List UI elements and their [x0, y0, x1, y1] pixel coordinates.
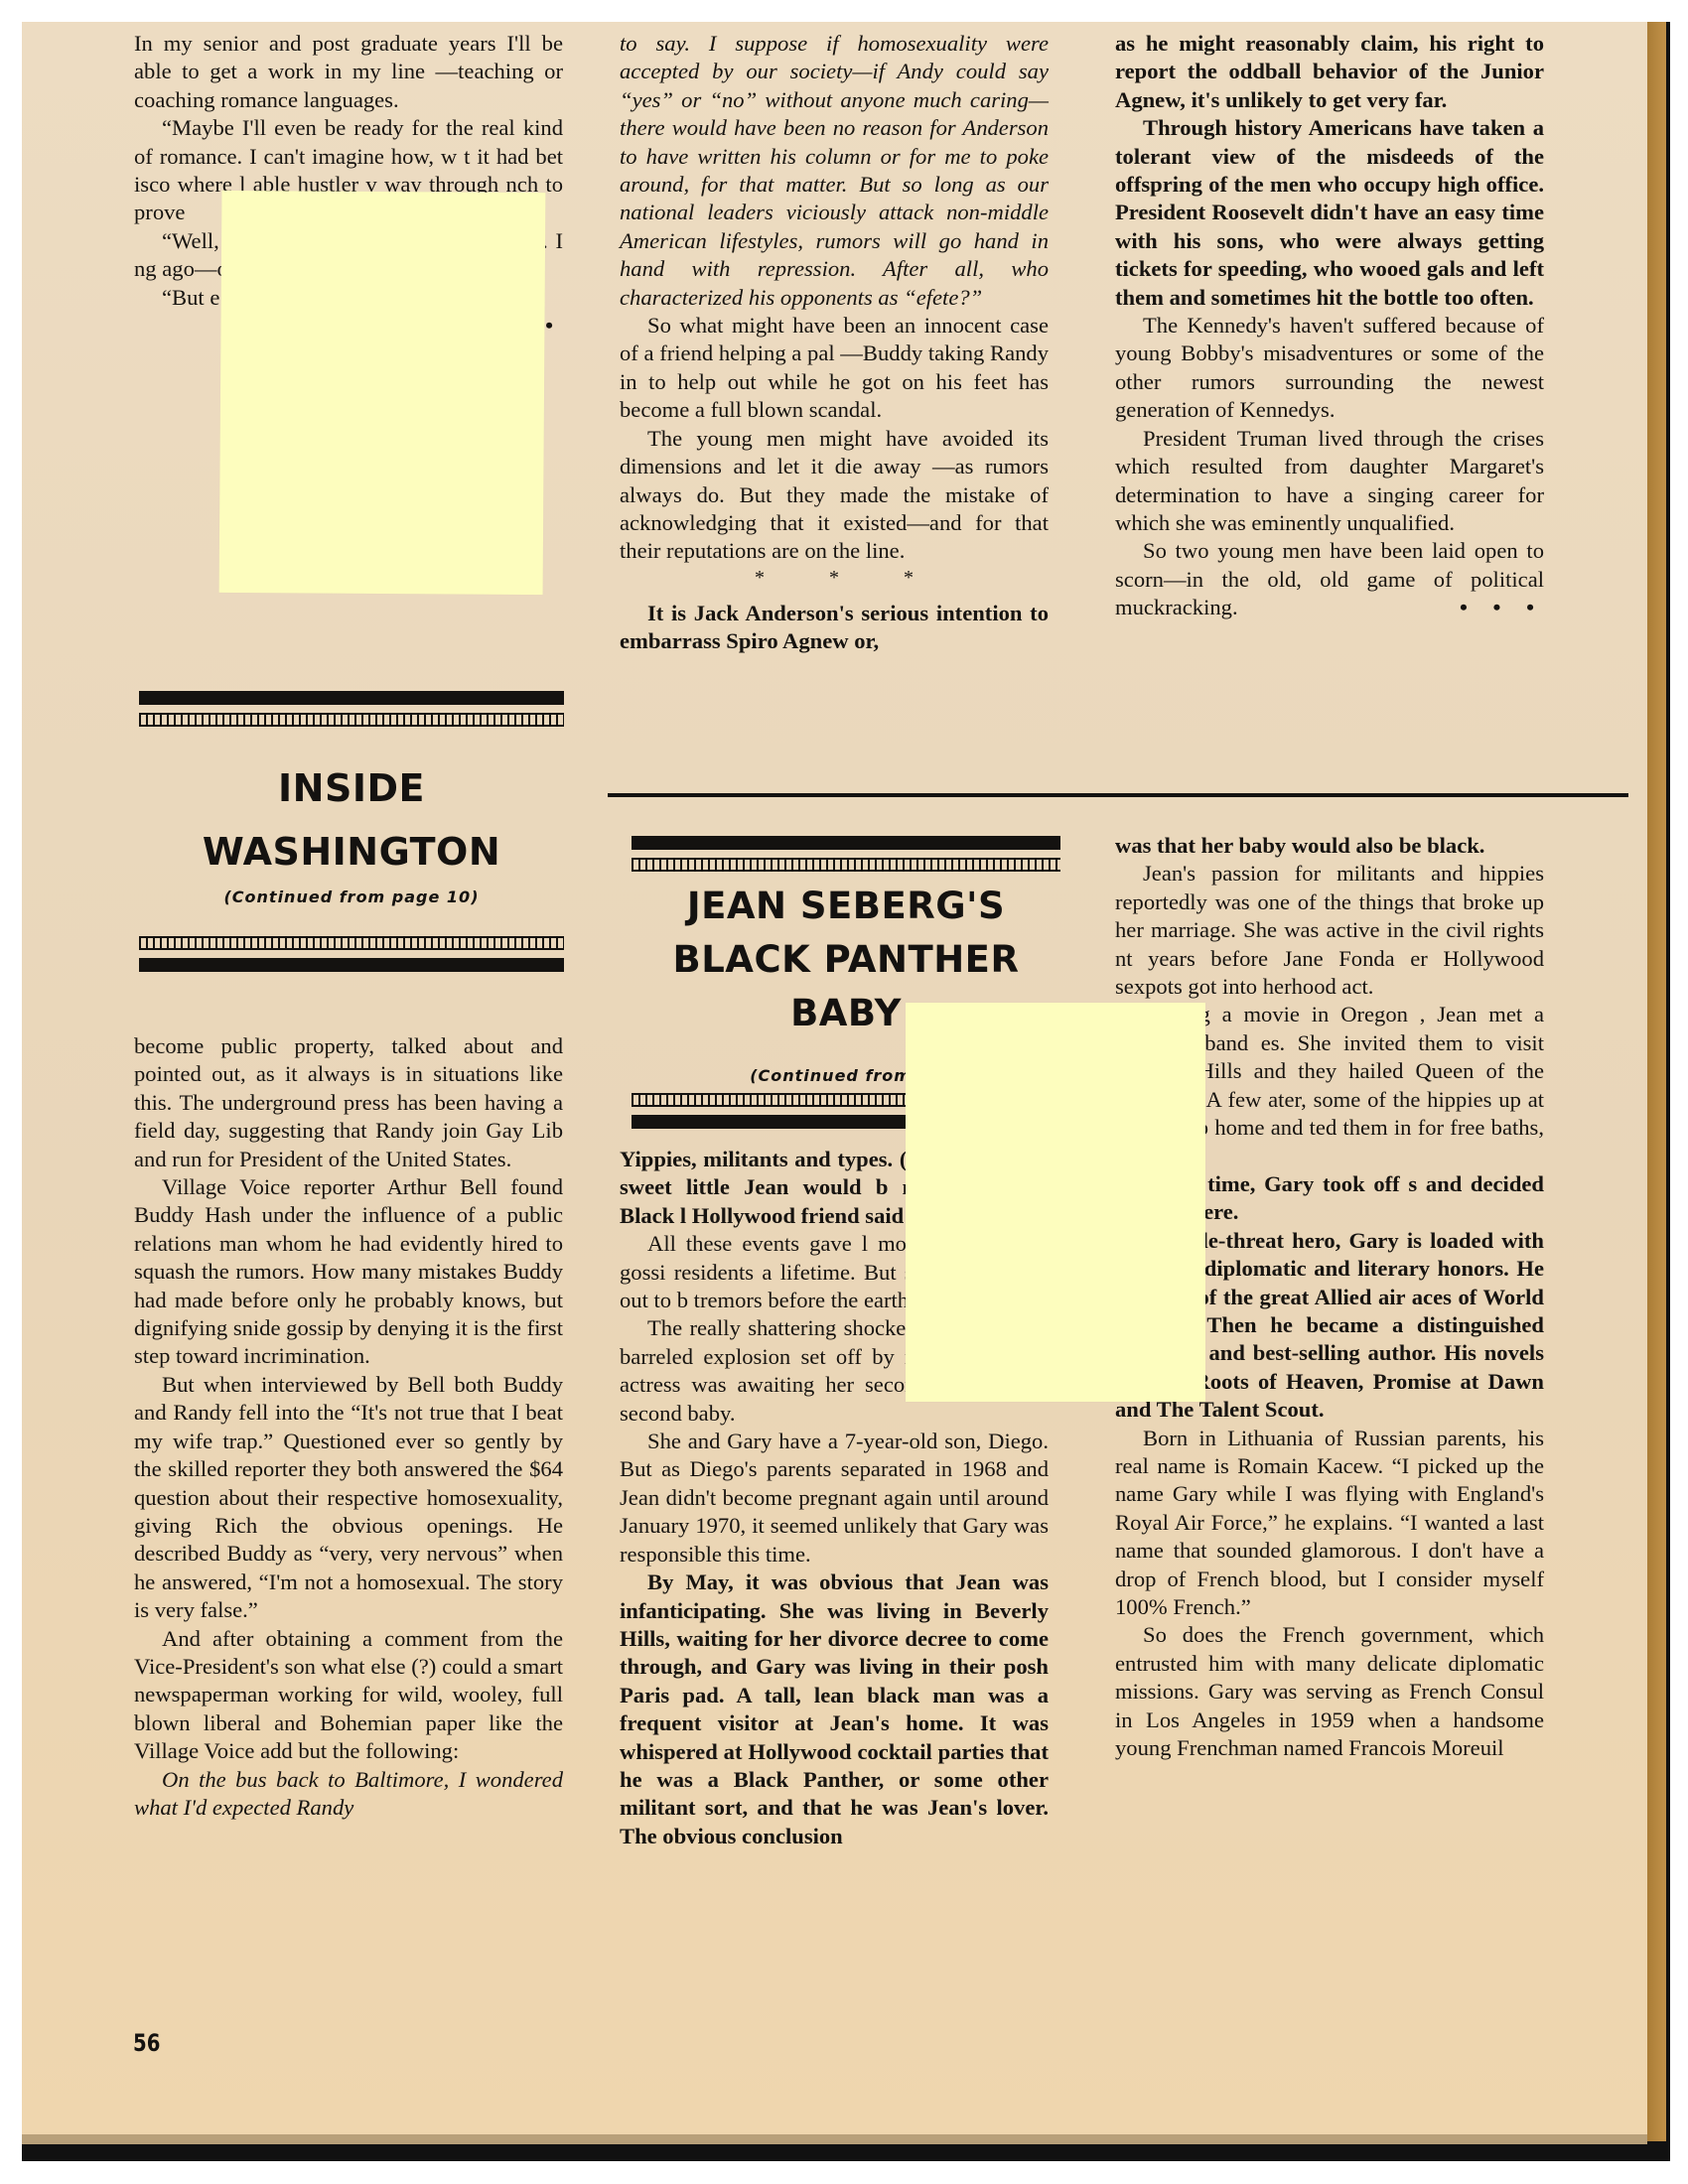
- column-2-top-text: to say. I suppose if homosexuality were …: [620, 30, 1049, 656]
- header-bar: [139, 691, 564, 705]
- sticky-note[interactable]: [906, 1003, 1205, 1402]
- paragraph: But when interviewed by Bell both Buddy …: [134, 1371, 563, 1625]
- paragraph: She and Gary have a 7-year-old son, Dieg…: [620, 1428, 1049, 1569]
- paragraph: Born in Lithuania of Russian parents, hi…: [1115, 1425, 1544, 1622]
- inside-washington-body: become public property, talked about and…: [134, 1032, 563, 1822]
- paragraph: was that her baby would also be black.: [1115, 832, 1544, 860]
- headline-line-1: JEAN SEBERG'S: [632, 880, 1060, 933]
- paragraph: So does the French government, which ent…: [1115, 1621, 1544, 1762]
- paragraph: as he might reasonably claim, his right …: [1115, 30, 1544, 114]
- section-separator: * * *: [620, 566, 1049, 590]
- greek-key-border: [139, 936, 564, 950]
- inside-washington-header: INSIDE WASHINGTON (Continued from page 1…: [139, 691, 564, 972]
- paragraph: Through history Americans have taken a t…: [1115, 114, 1544, 312]
- section-divider-rule: [608, 793, 1628, 797]
- page-bottom-edge: [22, 2134, 1647, 2144]
- greek-key-border: [139, 713, 564, 727]
- sticky-note[interactable]: [219, 191, 546, 595]
- paragraph: Village Voice reporter Arthur Bell found…: [134, 1173, 563, 1371]
- header-bar: [632, 836, 1060, 850]
- paragraph: In my senior and post graduate years I'l…: [134, 30, 563, 114]
- paragraph: The young men might have avoided its dim…: [620, 425, 1049, 566]
- header-bar: [139, 958, 564, 972]
- column-3-top-text: as he might reasonably claim, his right …: [1115, 30, 1544, 622]
- greek-key-border: [632, 858, 1060, 872]
- paragraph: President Truman lived through the crise…: [1115, 425, 1544, 538]
- paragraph: The Kennedy's haven't suffered because o…: [1115, 312, 1544, 425]
- paragraph: It is Jack Anderson's serious intention …: [620, 600, 1049, 656]
- end-mark: • • •: [1432, 594, 1544, 621]
- paragraph: So two young men have been laid open to …: [1115, 537, 1544, 621]
- paragraph: By May, it was obvious that Jean was inf…: [620, 1569, 1049, 1850]
- headline-line-2: WASHINGTON: [139, 830, 564, 874]
- paragraph: Jean's passion for militants and hippies…: [1115, 860, 1544, 1001]
- paragraph: So what might have been an innocent case…: [620, 312, 1049, 425]
- paragraph: become public property, talked about and…: [134, 1032, 563, 1173]
- paragraph: On the bus back to Baltimore, I wondered…: [134, 1766, 563, 1823]
- continued-note: (Continued from page 10): [139, 887, 564, 906]
- paragraph: And after obtaining a comment from the V…: [134, 1625, 563, 1766]
- headline-line-1: INSIDE: [139, 766, 564, 810]
- headline-line-2: BLACK PANTHER: [632, 933, 1060, 987]
- paragraph: to say. I suppose if homosexuality were …: [620, 30, 1049, 312]
- page-number: 56: [133, 2029, 160, 2057]
